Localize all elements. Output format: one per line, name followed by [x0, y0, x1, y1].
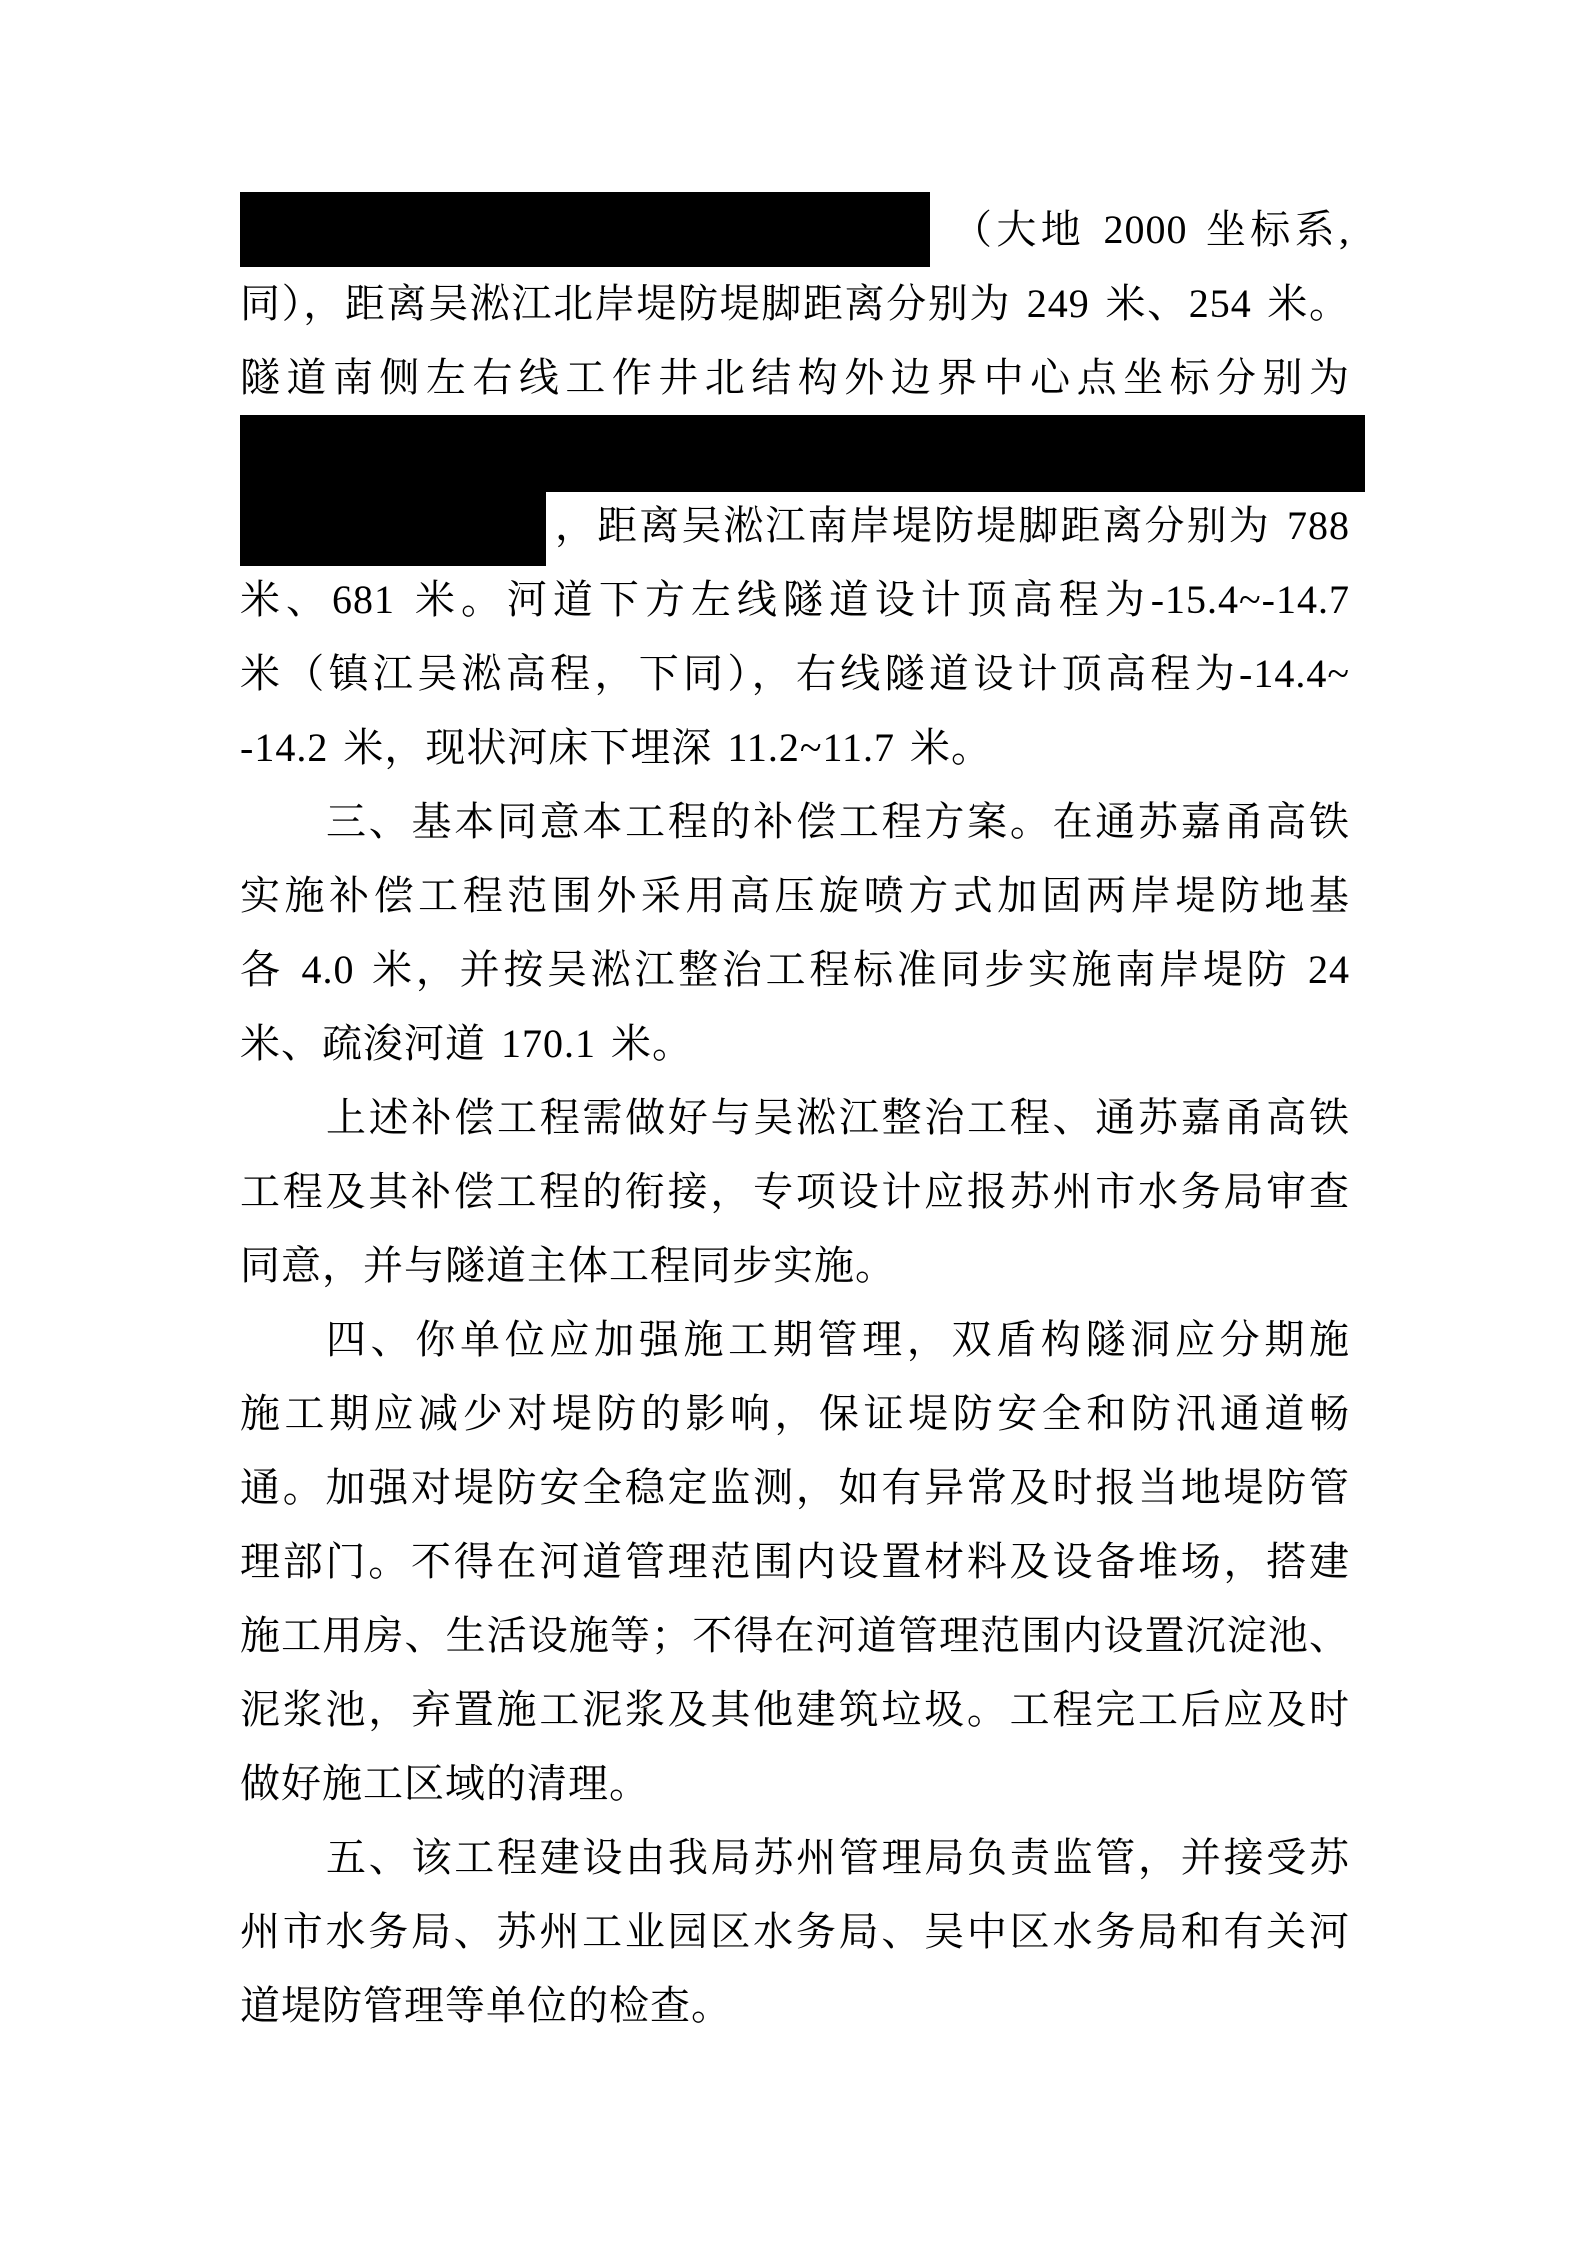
text-line: 通。加强对堤防安全稳定监测，如有异常及时报当地堤防管 — [240, 1451, 1350, 1525]
redaction-south-shaft-coordinates-row2 — [240, 492, 546, 566]
text-line: 同意，并与隧道主体工程同步实施。 — [240, 1229, 1350, 1303]
text-line: 做好施工区域的清理。 — [240, 1747, 1350, 1821]
text-line: 三、基本同意本工程的补偿工程方案。在通苏嘉甬高铁 — [240, 785, 1350, 859]
text-line: 上述补偿工程需做好与吴淞江整治工程、通苏嘉甬高铁 — [240, 1081, 1350, 1155]
text-line: 施工用房、生活设施等；不得在河道管理范围内设置沉淀池、 — [240, 1599, 1350, 1673]
text-line: 州市水务局、苏州工业园区水务局、吴中区水务局和有关河 — [240, 1895, 1350, 1969]
text-line: 隧道南侧左右线工作井北结构外边界中心点坐标分别为 — [240, 341, 1350, 415]
text-line: 各 4.0 米，并按吴淞江整治工程标准同步实施南岸堤防 24 — [240, 933, 1350, 1007]
text-line: 泥浆池，弃置施工泥浆及其他建筑垃圾。工程完工后应及时 — [240, 1673, 1350, 1747]
text-line: 理部门。不得在河道管理范围内设置材料及设备堆场，搭建 — [240, 1525, 1350, 1599]
text-line: 同），距离吴淞江北岸堤防堤脚距离分别为 249 米、254 米。 — [240, 267, 1350, 341]
text-line: -14.2 米，现状河床下埋深 11.2~11.7 米。 — [240, 711, 1350, 785]
document-page: （大地 2000 坐标系, 下同），距离吴淞江北岸堤防堤脚距离分别为 249 米… — [0, 0, 1587, 2245]
text-line: 米、681 米。河道下方左线隧道设计顶高程为-15.4~-14.7 — [240, 563, 1350, 637]
text-line: 五、该工程建设由我局苏州管理局负责监管，并接受苏 — [240, 1821, 1350, 1895]
text-line: 施工期应减少对堤防的影响，保证堤防安全和防汛通道畅 — [240, 1377, 1350, 1451]
text-line: 道堤防管理等单位的检查。 — [240, 1969, 1350, 2043]
text-line: 四、你单位应加强施工期管理，双盾构隧洞应分期施工， — [240, 1303, 1350, 1377]
text-line: 米（镇江吴淞高程，下同），右线隧道设计顶高程为-14.4~ — [240, 637, 1350, 711]
redaction-south-shaft-coordinates-row1 — [240, 415, 1365, 492]
text-line: 实施补偿工程范围外采用高压旋喷方式加固两岸堤防地基 — [240, 859, 1350, 933]
text-line: 米、疏浚河道 170.1 米。 — [240, 1007, 1350, 1081]
text-line: 工程及其补偿工程的衔接，专项设计应报苏州市水务局审查 — [240, 1155, 1350, 1229]
redaction-north-shaft-coordinates — [240, 192, 930, 267]
